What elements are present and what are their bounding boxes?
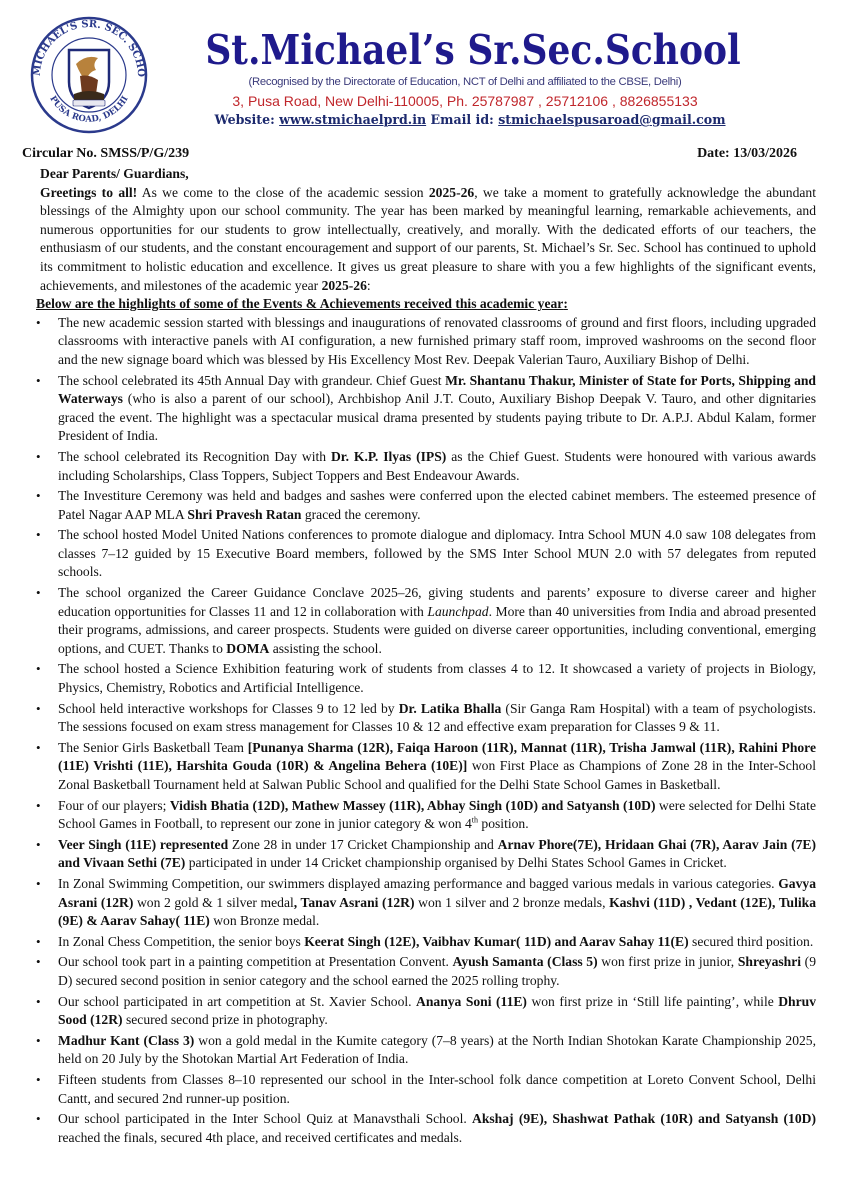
item-highlight: Ananya Soni (11E) <box>416 994 527 1009</box>
bullet-icon: • <box>36 1032 41 1051</box>
item-text: won 2 gold & 1 silver medal <box>133 895 293 910</box>
letterhead: ST.MICHAEL'S SR. SEC. SCHOOL PUSA ROAD, … <box>0 0 849 140</box>
bullet-icon: • <box>36 1110 41 1129</box>
contact-line: Website: www.stmichaelprd.in Email id: s… <box>190 112 750 127</box>
highlights-heading-text: Below are the highlights of some of the … <box>36 296 563 311</box>
highlights-heading: Below are the highlights of some of the … <box>36 295 816 314</box>
highlights-heading-colon: : <box>563 296 568 311</box>
bullet-icon: • <box>36 660 41 679</box>
item-text: assisting the school. <box>269 641 382 656</box>
intro-text: , we take a moment to gratefully acknowl… <box>40 185 816 293</box>
item-highlight: Shreyashri <box>738 954 801 969</box>
circular-number: Circular No. SMSS/P/G/239 <box>22 146 189 162</box>
website-link[interactable]: www.stmichaelprd.in <box>279 112 426 127</box>
item-text: participated in under 14 Cricket champio… <box>185 855 727 870</box>
session-year: 2025-26 <box>322 278 367 293</box>
bullet-icon: • <box>36 487 41 506</box>
item-highlight: , Tanav Asrani (12R) <box>294 895 415 910</box>
item-text: The school hosted a Science Exhibition f… <box>58 661 816 695</box>
item-text: won first prize in junior, <box>598 954 738 969</box>
bullet-icon: • <box>36 993 41 1012</box>
item-text: The new academic session started with bl… <box>58 315 816 367</box>
item-text: Our school participated in art competiti… <box>58 994 416 1009</box>
item-text: won Bronze medal. <box>210 913 319 928</box>
item-text: School held interactive workshops for Cl… <box>58 701 399 716</box>
item-text: secured third position. <box>689 934 814 949</box>
list-item: •The school hosted Model United Nations … <box>36 526 816 582</box>
bullet-icon: • <box>36 700 41 719</box>
list-item: •The school hosted a Science Exhibition … <box>36 660 816 697</box>
highlights-list: •The new academic session started with b… <box>40 314 816 1148</box>
letter-body: Dear Parents/ Guardians, Greetings to al… <box>40 165 816 1149</box>
item-text: Our school took part in a painting compe… <box>58 954 453 969</box>
session-year: 2025-26 <box>429 185 474 200</box>
list-item: •The Senior Girls Basketball Team [Punan… <box>36 739 816 795</box>
item-highlight: Keerat Singh (12E), Vaibhav Kumar( 11D) … <box>304 934 688 949</box>
item-highlight: Dr. Latika Bhalla <box>399 701 502 716</box>
list-item: •Our school participated in art competit… <box>36 993 816 1030</box>
list-item: •The new academic session started with b… <box>36 314 816 370</box>
item-text: The Investiture Ceremony was held and ba… <box>58 488 816 522</box>
item-text: In Zonal Chess Competition, the senior b… <box>58 934 304 949</box>
recognition-statement: (Recognised by the Directorate of Educat… <box>205 76 725 88</box>
list-item: •In Zonal Chess Competition, the senior … <box>36 933 816 952</box>
bullet-icon: • <box>36 953 41 972</box>
item-highlight: DOMA <box>226 641 269 656</box>
email-link[interactable]: stmichaelspusaroad@gmail.com <box>498 112 725 127</box>
item-text: The school hosted Model United Nations c… <box>58 527 816 579</box>
bullet-icon: • <box>36 584 41 603</box>
item-text: The school celebrated its Recognition Da… <box>58 449 331 464</box>
circular-date: Date: 13/03/2026 <box>697 146 797 162</box>
email-label: Email id: <box>426 112 498 127</box>
list-item: •The school organized the Career Guidanc… <box>36 584 816 658</box>
list-item: •Veer Singh (11E) represented Zone 28 in… <box>36 836 816 873</box>
list-item: •Madhur Kant (Class 3) won a gold medal … <box>36 1032 816 1069</box>
school-crest-logo-icon: ST.MICHAEL'S SR. SEC. SCHOOL PUSA ROAD, … <box>26 16 152 134</box>
list-item: •In Zonal Swimming Competition, our swim… <box>36 875 816 931</box>
bullet-icon: • <box>36 797 41 816</box>
item-text: Our school participated in the Inter Sch… <box>58 1111 472 1126</box>
list-item: •Four of our players; Vidish Bhatia (12D… <box>36 797 816 834</box>
bullet-icon: • <box>36 875 41 894</box>
item-highlight: Shri Pravesh Ratan <box>187 507 301 522</box>
item-text: The school celebrated its 45th Annual Da… <box>58 373 445 388</box>
item-text: Zone 28 in under 17 Cricket Championship… <box>228 837 497 852</box>
list-item: •Our school participated in the Inter Sc… <box>36 1110 816 1147</box>
list-item: •Fifteen students from Classes 8–10 repr… <box>36 1071 816 1108</box>
list-item: •The school celebrated its Recognition D… <box>36 448 816 485</box>
item-text: won first prize in ‘Still life painting’… <box>527 994 778 1009</box>
item-text: In Zonal Swimming Competition, our swimm… <box>58 876 778 891</box>
bullet-icon: • <box>36 1071 41 1090</box>
bullet-icon: • <box>36 448 41 467</box>
bullet-icon: • <box>36 739 41 758</box>
item-text: (who is also a parent of our school), Ar… <box>58 391 816 443</box>
bullet-icon: • <box>36 526 41 545</box>
list-item: •The Investiture Ceremony was held and b… <box>36 487 816 524</box>
item-text: reached the finals, secured 4th place, a… <box>58 1130 462 1145</box>
intro-text: As we come to the close of the academic … <box>137 185 429 200</box>
item-highlight: Ayush Samanta (Class 5) <box>453 954 598 969</box>
school-address-phone: 3, Pusa Road, New Delhi-110005, Ph. 2578… <box>205 93 725 109</box>
item-highlight: Vidish Bhatia (12D), Mathew Massey (11R)… <box>170 798 656 813</box>
list-item: •The school celebrated its 45th Annual D… <box>36 372 816 446</box>
intro-text: : <box>367 278 371 293</box>
website-label: Website: <box>214 112 279 127</box>
item-text: secured second prize in photography. <box>123 1012 328 1027</box>
item-text: Four of our players; <box>58 798 170 813</box>
bullet-icon: • <box>36 372 41 391</box>
salutation: Dear Parents/ Guardians, <box>40 165 816 184</box>
item-text: graced the ceremony. <box>301 507 420 522</box>
circular-meta-row: Circular No. SMSS/P/G/239 Date: 13/03/20… <box>22 146 797 164</box>
item-highlight: Madhur Kant (Class 3) <box>58 1033 194 1048</box>
greeting: Greetings to all! <box>40 185 137 200</box>
list-item: •School held interactive workshops for C… <box>36 700 816 737</box>
item-text: position. <box>478 816 529 831</box>
item-highlight: Dr. K.P. Ilyas (IPS) <box>331 449 446 464</box>
bullet-icon: • <box>36 933 41 952</box>
item-text: The Senior Girls Basketball Team <box>58 740 248 755</box>
item-text: won 1 silver and 2 bronze medals, <box>415 895 610 910</box>
bullet-icon: • <box>36 314 41 333</box>
bullet-icon: • <box>36 836 41 855</box>
item-highlight: Veer Singh (11E) represented <box>58 837 228 852</box>
item-highlight: Akshaj (9E), Shashwat Pathak (10R) and S… <box>472 1111 816 1126</box>
school-name: St.Michael’s Sr.Sec.School <box>193 26 753 74</box>
item-emphasis: Launchpad <box>427 604 488 619</box>
list-item: •Our school took part in a painting comp… <box>36 953 816 990</box>
item-text: Fifteen students from Classes 8–10 repre… <box>58 1072 816 1106</box>
intro-paragraph: Greetings to all! As we come to the clos… <box>40 184 816 296</box>
